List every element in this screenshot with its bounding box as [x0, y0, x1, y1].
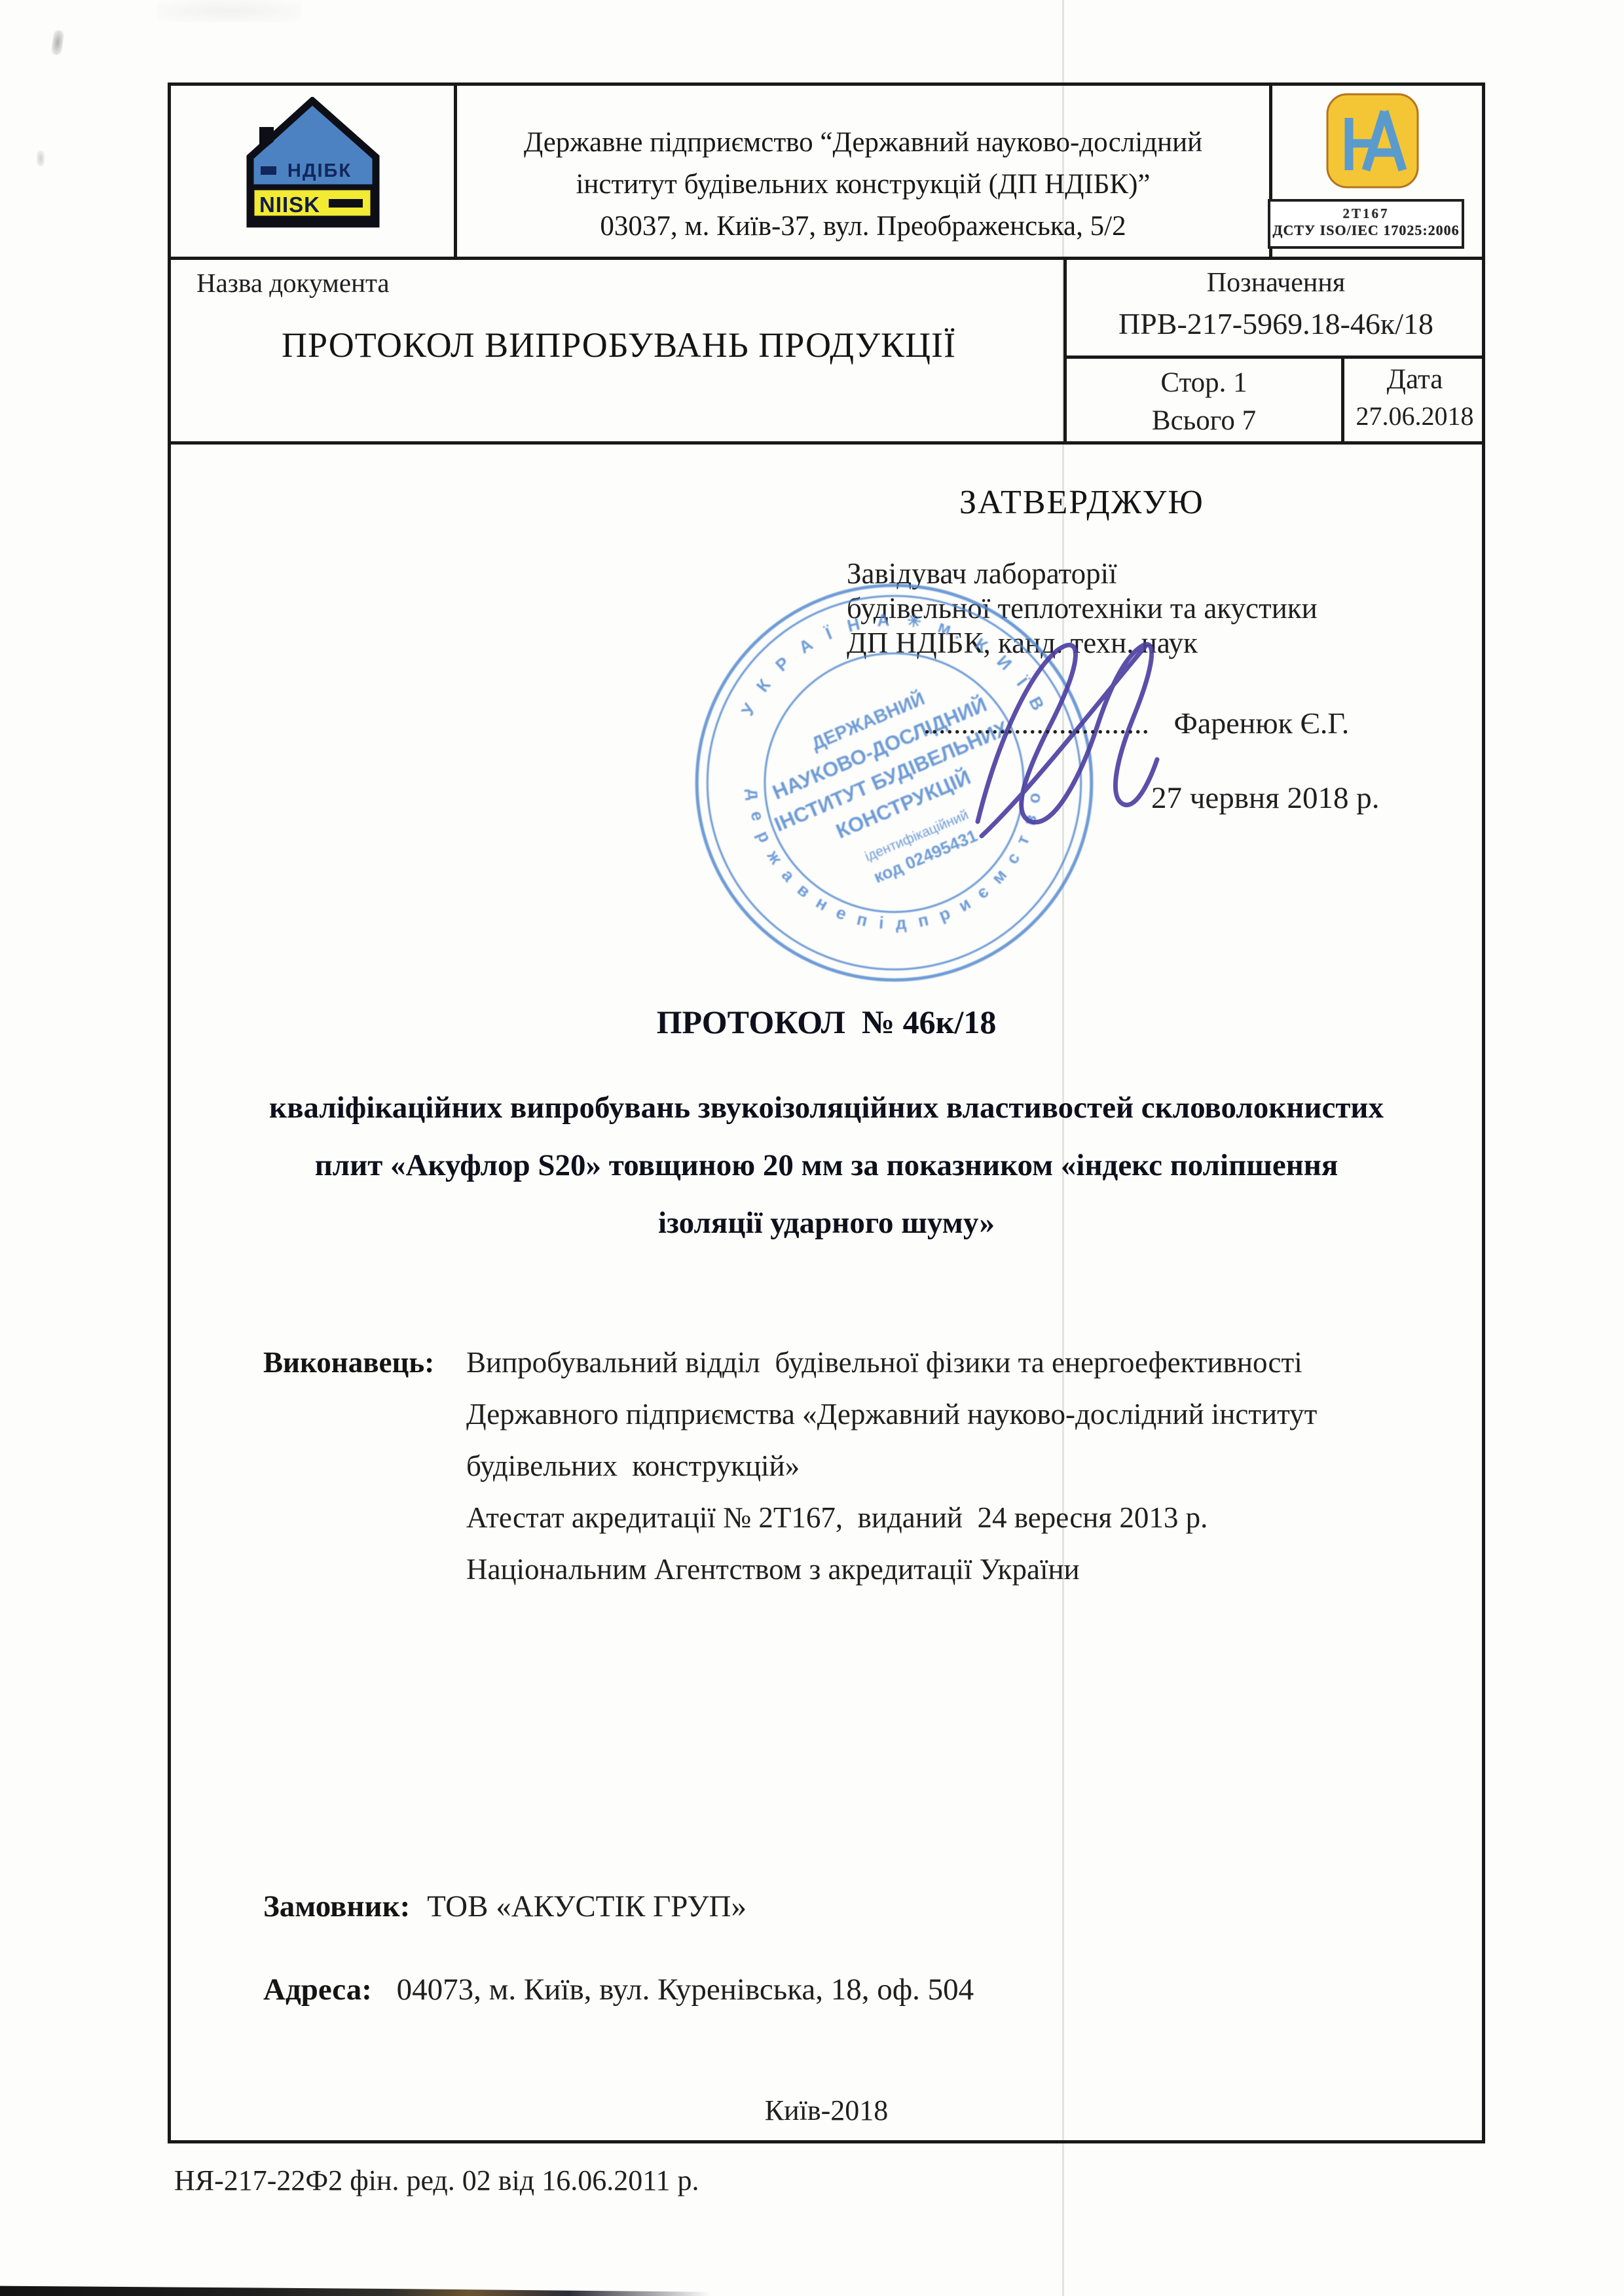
naau-accreditation-mark-icon — [1323, 92, 1422, 190]
grid-line — [168, 257, 1485, 260]
certificate-number: 2Т167 — [1270, 206, 1462, 222]
scan-smudge — [157, 0, 301, 22]
institution-line: Державне підприємство “Державний науково… — [458, 122, 1268, 164]
executor-line: Національним Агентством з акредитації Ук… — [466, 1544, 1429, 1595]
customer-value: ТОВ «АКУСТІК ГРУП» — [427, 1889, 747, 1923]
grid-line — [454, 82, 457, 260]
date-label: Дата — [1344, 361, 1485, 398]
certificate-standard: ДСТУ ISO/IEC 17025:2006 — [1270, 222, 1462, 239]
address-label: Адреса: — [263, 1973, 372, 2007]
customer-label: Замовник: — [263, 1889, 410, 1923]
logo-niisk-text: NIISK — [259, 192, 320, 217]
protocol-number-title: ПРОТОКОЛ № 46к/18 — [168, 1003, 1485, 1041]
scan-smudge — [50, 29, 64, 56]
scan-smudge — [37, 151, 45, 166]
subject-line: плит «Акуфлор S20» товщиною 20 мм за пок… — [196, 1137, 1456, 1194]
logo-ndibk-text: НДІБК — [287, 160, 352, 181]
page-counter: Стор. 1 Всього 7 — [1067, 364, 1341, 440]
approver-name: Фаренюк Є.Г. — [1174, 706, 1350, 740]
date-value: 27.06.2018 — [1344, 398, 1485, 435]
institution-line: інститут будівельних конструкцій (ДП НДІ… — [458, 164, 1268, 206]
executor-line: Атестат акредитації № 2Т167, виданий 24 … — [466, 1492, 1429, 1544]
institution-address-block: Державне підприємство “Державний науково… — [458, 122, 1268, 247]
date-cell: Дата 27.06.2018 — [1344, 361, 1485, 435]
accreditation-certificate-box: 2Т167 ДСТУ ISO/IEC 17025:2006 — [1268, 199, 1464, 249]
protocol-subject: кваліфікаційних випробувань звукоізоляці… — [196, 1079, 1456, 1252]
address-value: 04073, м. Київ, вул. Куренівська, 18, оф… — [397, 1973, 974, 2007]
signature-line: .............................. Фаренюк Є… — [923, 706, 1349, 740]
page-number: Стор. 1 — [1067, 364, 1341, 402]
scanned-document-page: НДІБК NIISK Державне підприємство “Держа… — [0, 0, 1624, 2296]
executor-line: Випробувальний відділ будівельної фізики… — [466, 1337, 1429, 1389]
address-row: Адреса: 04073, м. Київ, вул. Куренівська… — [263, 1972, 974, 2007]
approve-heading: ЗАТВЕРДЖУЮ — [959, 483, 1204, 522]
subject-line: кваліфікаційних випробувань звукоізоляці… — [196, 1079, 1456, 1137]
signature-dots: .............................. — [923, 706, 1149, 740]
form-reference-footer: НЯ-217-22Ф2 фін. ред. 02 від 16.06.2011 … — [174, 2164, 699, 2197]
approval-date: 27 червня 2018 р. — [1151, 780, 1379, 816]
pages-total: Всього 7 — [1067, 402, 1341, 440]
doc-name-title: ПРОТОКОЛ ВИПРОБУВАНЬ ПРОДУКЦІЇ — [196, 325, 1041, 365]
executor-line: будівельних конструкцій» — [466, 1440, 1429, 1492]
niisk-house-logo-icon: НДІБК NIISK — [244, 97, 381, 246]
executor-block: Випробувальний відділ будівельної фізики… — [466, 1337, 1429, 1595]
institution-line: 03037, м. Київ-37, вул. Преображенська, … — [458, 206, 1268, 247]
customer-row: Замовник: ТОВ «АКУСТІК ГРУП» — [263, 1889, 747, 1924]
grid-line — [168, 441, 1485, 445]
designation-value: ПРВ-217-5969.18-46к/18 — [1067, 306, 1485, 341]
grid-line — [1063, 355, 1485, 359]
city-year: Київ-2018 — [168, 2094, 1485, 2127]
scan-bottom-edge — [0, 2282, 710, 2296]
subject-line: ізоляції ударного шуму» — [196, 1194, 1456, 1252]
doc-name-label: Назва документа — [196, 267, 390, 299]
executor-line: Державного підприємства «Державний науко… — [466, 1389, 1429, 1440]
executor-label: Виконавець: — [263, 1337, 434, 1389]
designation-label: Позначення — [1067, 267, 1485, 299]
